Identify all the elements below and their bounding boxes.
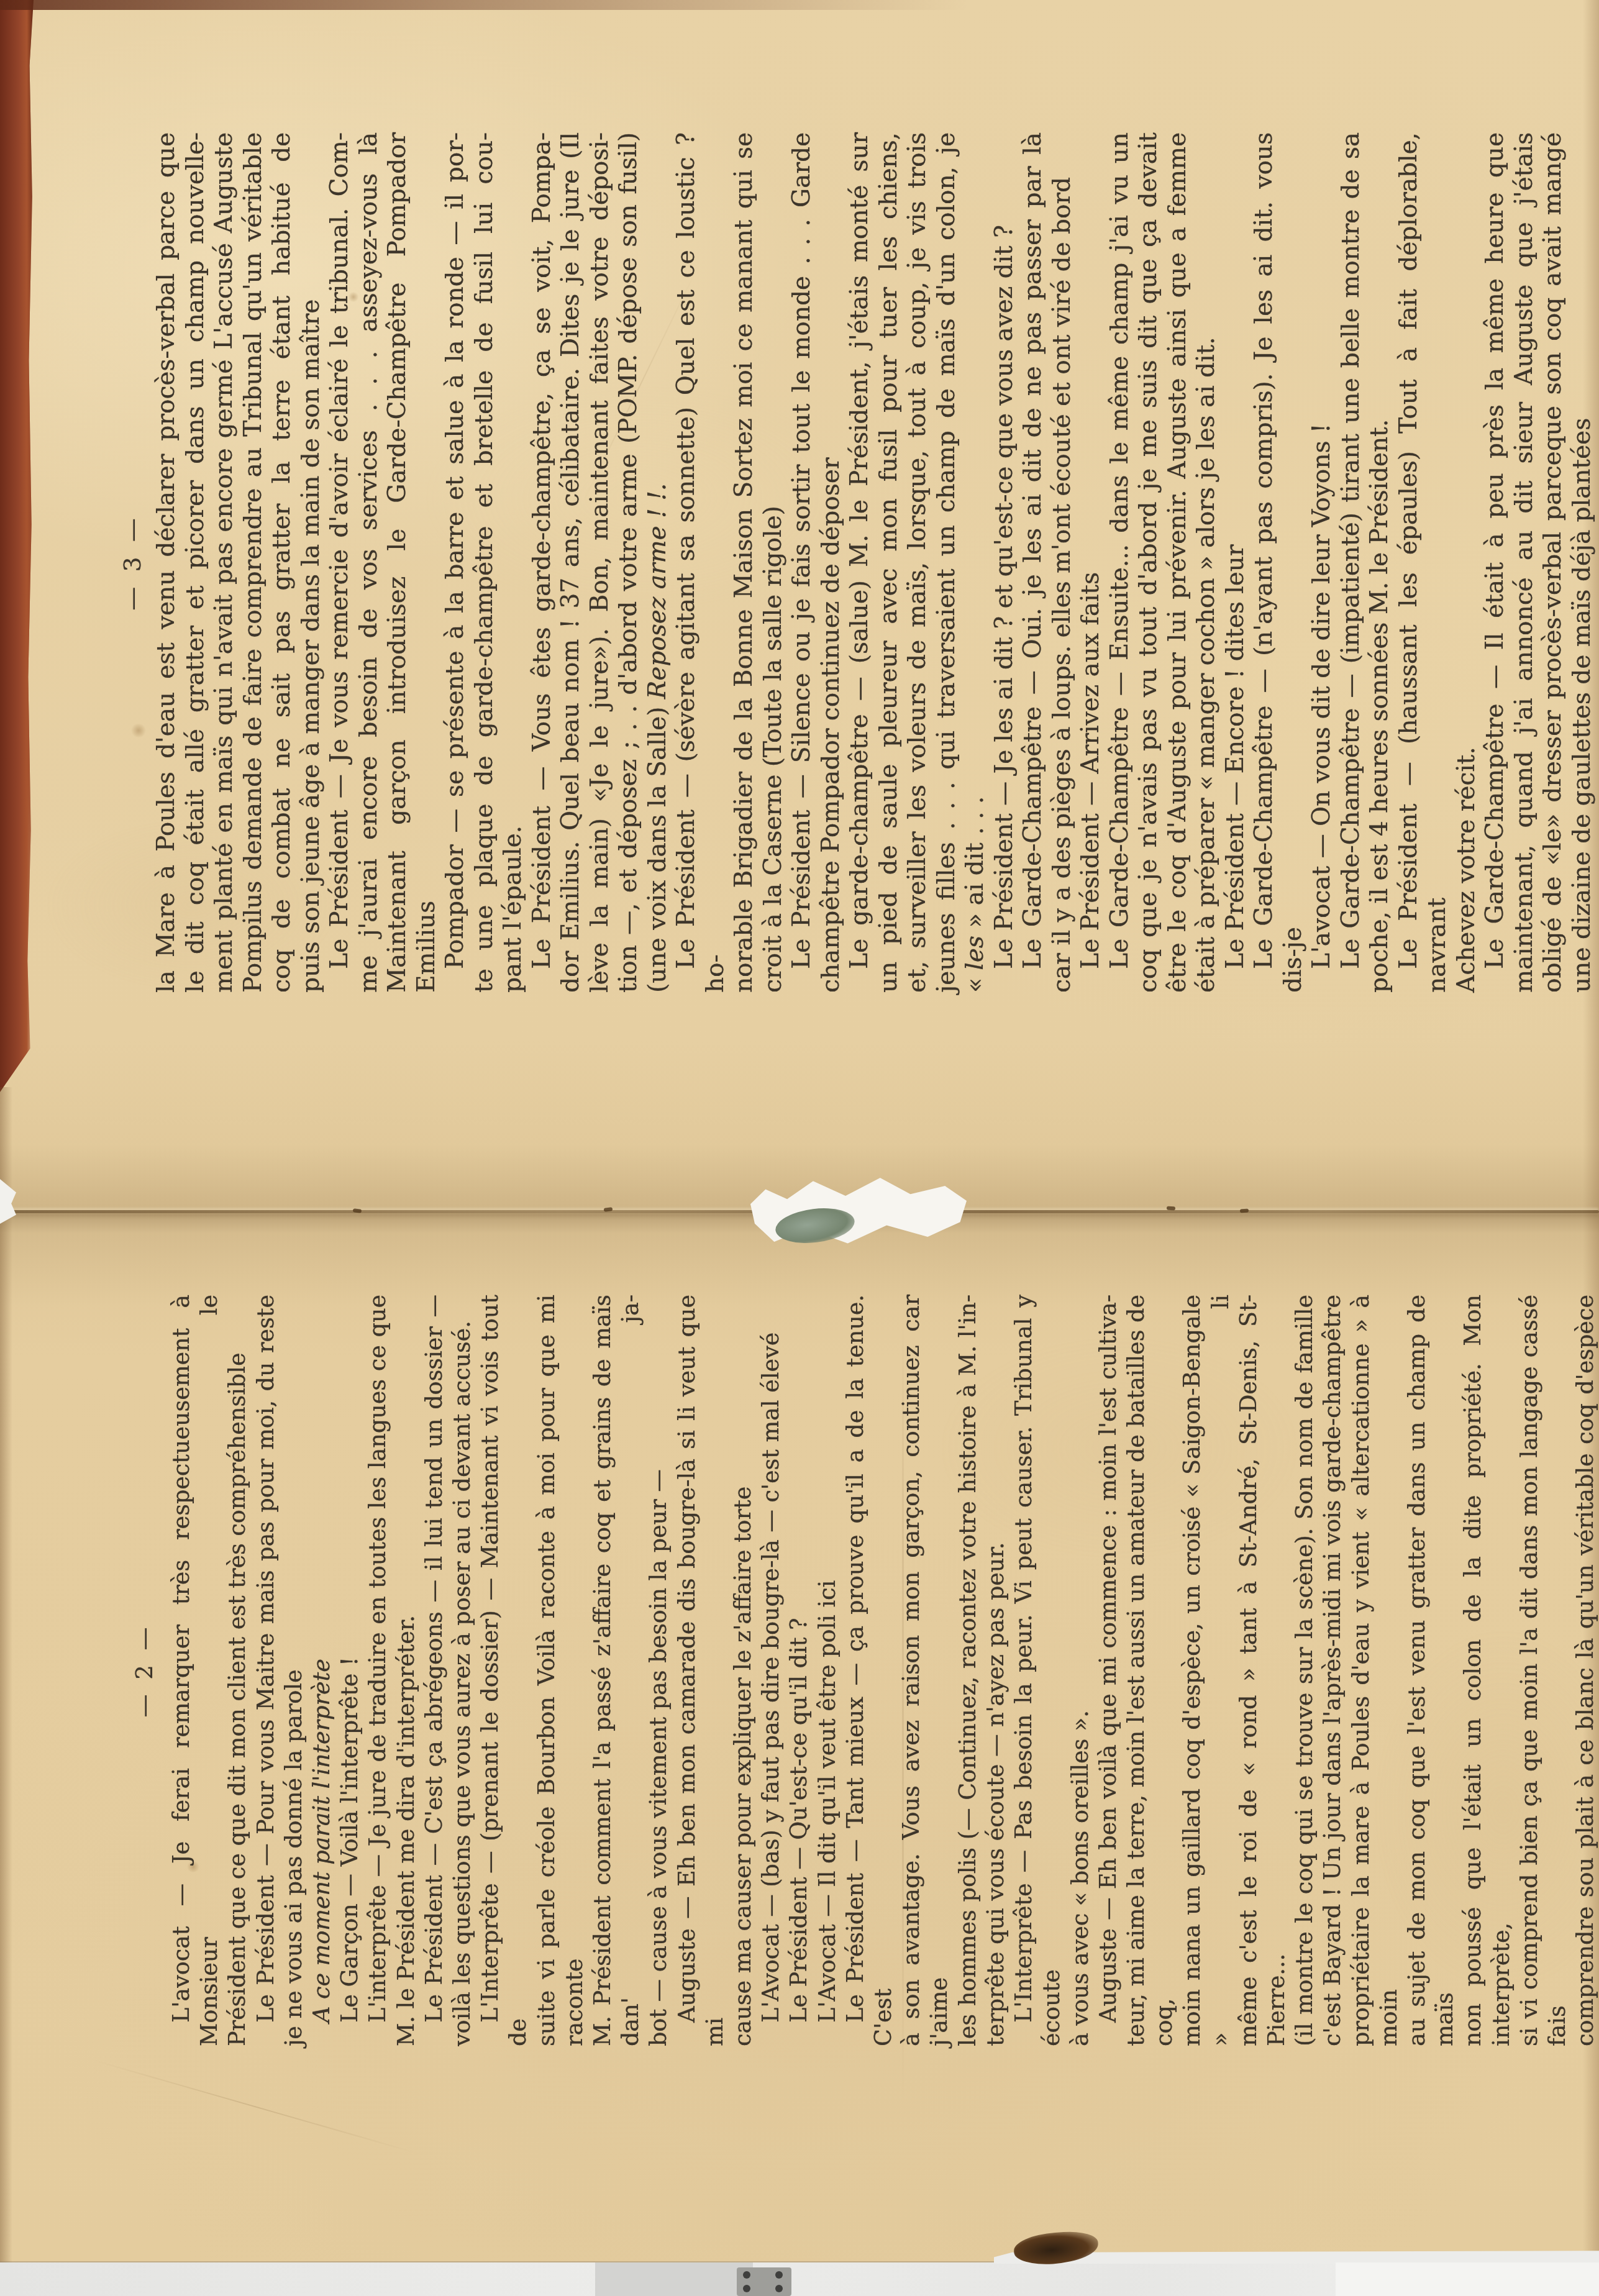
text-line: te une plaque de garde-champêtre et bret… — [470, 132, 499, 993]
page-2-text: L'avocat — Je ferai remarquer très respe… — [167, 1295, 1599, 2046]
text-line: tion —, et déposez ; . . d'abord votre a… — [614, 132, 644, 993]
text-line: Auguste — Eh ben mon camarade dis bougre… — [673, 1295, 729, 2046]
text-line: être le coq d'Auguste pour lui prévenir.… — [1164, 132, 1193, 993]
text-line: L'Interprête — Pas besoin la peur. Vi pe… — [1009, 1295, 1065, 2046]
text-line: était à préparer « manger cochon » alors… — [1192, 132, 1221, 993]
text-line: Le Président — Qu'est-ce qu'il dit ? — [785, 1295, 813, 2046]
text-line: teur, mi aime la terre, moin l'est aussi… — [1122, 1295, 1178, 2046]
page-3-text: la Mare à Poules d'eau est venu déclarer… — [152, 132, 1597, 993]
text-line: Le Président — (sévère agitant sa sonnet… — [672, 132, 730, 993]
text-line: poche, il est 4 heures sonnées M. le Pré… — [1365, 132, 1395, 993]
text-line: propriétaire la mare à Poules d'eau y vi… — [1347, 1295, 1403, 2046]
text-line: Pompador — se présente à la barre et sal… — [441, 132, 470, 993]
text-line: je ne vous ai pas donné la parole — [280, 1295, 307, 2046]
text-line: (une voix dans la Salle) Reposez arme ! … — [644, 132, 673, 993]
text-line: Le Garde-Champêtre — (impatienté) tirant… — [1337, 132, 1366, 993]
text-line: et, surveiller les voleurs de maïs, lors… — [903, 132, 932, 993]
text-line: ment planté en maïs qui n'avait pas enco… — [210, 132, 239, 993]
text-line: Le Président — Vous êtes garde-champêtre… — [528, 132, 557, 993]
page-3: — 3 — la Mare à Poules d'eau est venu dé… — [34, 30, 1599, 1148]
text-line: à vous avec « bons oreilles ». — [1066, 1295, 1094, 2046]
text-line: coq que je n'avais pas vu tout d'abord j… — [1134, 132, 1164, 993]
text-line: c'est Bayard ! Un jour dans l'après-midi… — [1318, 1295, 1346, 2046]
text-line: Emilius — [412, 132, 442, 993]
text-line: cause ma causer pour expliquer le z'affa… — [729, 1295, 757, 2046]
text-line: Le Garçon — Voilà l'interprête ! — [335, 1295, 363, 2046]
text-line: Le Garde-Champêtre — Ensuite... dans le … — [1106, 132, 1135, 993]
text-line: Le Président — C'est ça abrégeons — il l… — [420, 1295, 448, 2046]
text-line: champêtre Pompador continuez de déposer — [817, 132, 846, 993]
text-line: L'avocat — Je ferai remarquer très respe… — [167, 1295, 223, 2046]
text-line: L'avocat — On vous dit de dire leur Voyo… — [1308, 132, 1337, 993]
scanner-bed-shadow-rect — [595, 2262, 753, 2296]
text-line: croit à la Caserne (Toute la salle rigol… — [759, 132, 788, 993]
text-line: norable Brigadier de la Bonne Maison Sor… — [730, 132, 759, 993]
text-line: Le Président — Je vous remercie d'avoir … — [326, 132, 355, 993]
text-line: Le Garde-Champêtre — (n'ayant pas compri… — [1250, 132, 1279, 993]
text-line: non poussé que l'était un colon de la di… — [1459, 1295, 1515, 2046]
scanned-book-spread: { "colors":{ "paper":"#e6cfa2", "ink":"#… — [0, 0, 1599, 2296]
text-line: suite vi parle créole Bourbon Voilà raco… — [532, 1295, 588, 2046]
text-line: la Mare à Poules d'eau est venu déclarer… — [152, 132, 181, 993]
text-line: M. Président comment l'a passé z'affaire… — [588, 1295, 644, 2046]
text-line: Le Président — Pour vous Maitre mais pas… — [252, 1295, 280, 2046]
text-line: les hommes polis (— Continuez, racontez … — [954, 1295, 982, 2046]
text-line: L'Avocat — (bas) y faut pas dire bougre-… — [757, 1295, 785, 2046]
text-line: Pompilus demande de faire comprendre au … — [239, 132, 268, 993]
text-line: si vi comprend bien ça que moin l'a dit … — [1515, 1295, 1571, 2046]
scanner-bed-object — [737, 2267, 791, 2296]
text-line: Président que ce que dit mon client est … — [223, 1295, 251, 2046]
text-line: Le Garde-Champêtre — Il était à peu près… — [1481, 132, 1510, 993]
text-line: (il montre le coq qui se trouve sur la s… — [1290, 1295, 1318, 2046]
text-line: M. le Président me dira d'interpréter. — [392, 1295, 420, 2046]
text-line: me j'aurai encore besoin de vos services… — [355, 132, 384, 993]
text-line: L'Avocat — Il dit qu'il veut être poli i… — [813, 1295, 841, 2046]
text-line: Le Président — Arrivez aux faits — [1077, 132, 1106, 993]
text-line: voilà les questions que vous aurez à pos… — [448, 1295, 476, 2046]
scanner-bed-white-corner — [1336, 2262, 1599, 2296]
text-line: même c'est le roi de « rond » tant à St-… — [1234, 1295, 1290, 2046]
text-line: moin nana un gaillard coq d'espèce, un c… — [1178, 1295, 1234, 2046]
text-line: une dizaine de gaulettes de maïs déjà pl… — [1568, 132, 1597, 993]
text-line: Le Président — Silence ou je fais sortir… — [788, 132, 817, 993]
text-line: dis-je — [1279, 132, 1308, 993]
top-edge-shadow — [0, 0, 969, 10]
text-line: pant l'épaule. — [499, 132, 528, 993]
text-line: dor Emilius. Quel beau nom ! 37 ans, cél… — [557, 132, 586, 993]
page-number: — 2 — — [132, 1295, 157, 2046]
text-line: Le Président — (haussant les épaules) To… — [1395, 132, 1452, 993]
text-line: A ce moment parait l'interprète — [307, 1295, 335, 2046]
text-line: obligé de «le» dresser procès-verbal par… — [1539, 132, 1568, 993]
text-line: bot — cause à vous vitement pas besoin l… — [644, 1295, 672, 2046]
text-line: Auguste — Eh ben voilà que mi commence :… — [1094, 1295, 1122, 2046]
text-line: jeunes filles . . . qui traversaient un … — [932, 132, 962, 993]
text-line: à son avantage. Vous avez raison mon gar… — [897, 1295, 953, 2046]
text-line: lève la main) «Je le jure»). Bon, mainte… — [586, 132, 615, 993]
text-line: Le Président — Tant mieux — ça prouve qu… — [841, 1295, 897, 2046]
text-line: coq de combat ne sait pas gratter la ter… — [268, 132, 297, 993]
page-number: — 3 — — [120, 132, 145, 993]
text-line: maintenant, quand j'ai annoncé au dit si… — [1510, 132, 1539, 993]
text-line: Maintenant garçon introduisez le Garde-C… — [383, 132, 412, 993]
text-line: « les » ai dit . . . — [961, 132, 990, 993]
text-line: comprendre sou plait à ce blanc là qu'un… — [1571, 1295, 1599, 2046]
page-2: — 2 — L'avocat — Je ferai remarquer très… — [34, 1213, 1599, 2264]
text-line: terprête qui vous écoute — n'ayez pas pe… — [982, 1295, 1009, 2046]
text-line: Le Président — Je les ai dit ? et qu'est… — [990, 132, 1019, 993]
text-line: un pied de saule pleureur avec mon fusil… — [875, 132, 904, 993]
text-line: L'interprête — Je jure de traduire en to… — [363, 1295, 391, 2046]
text-line: Le Garde-Champêtre — Oui. je les ai dit … — [1019, 132, 1048, 993]
text-line: au sujet de mon coq que l'est venu gratt… — [1403, 1295, 1459, 2046]
text-line: car il y a des pièges à loups. elles m'o… — [1048, 132, 1077, 993]
text-line: L'Interprête — (prenant le dossier) — Ma… — [476, 1295, 532, 2046]
text-line: Le garde-champêtre — (salue) M. le Prési… — [845, 132, 875, 993]
crease-nick — [1167, 1206, 1175, 1210]
text-line: Achevez votre récit. — [1452, 132, 1482, 993]
text-line: puis son jeune âge à manger dans la main… — [297, 132, 326, 993]
text-line: le dit coq était allé gratter et picorer… — [181, 132, 211, 993]
text-line: Le Président — Encore ! dites leur — [1221, 132, 1250, 993]
